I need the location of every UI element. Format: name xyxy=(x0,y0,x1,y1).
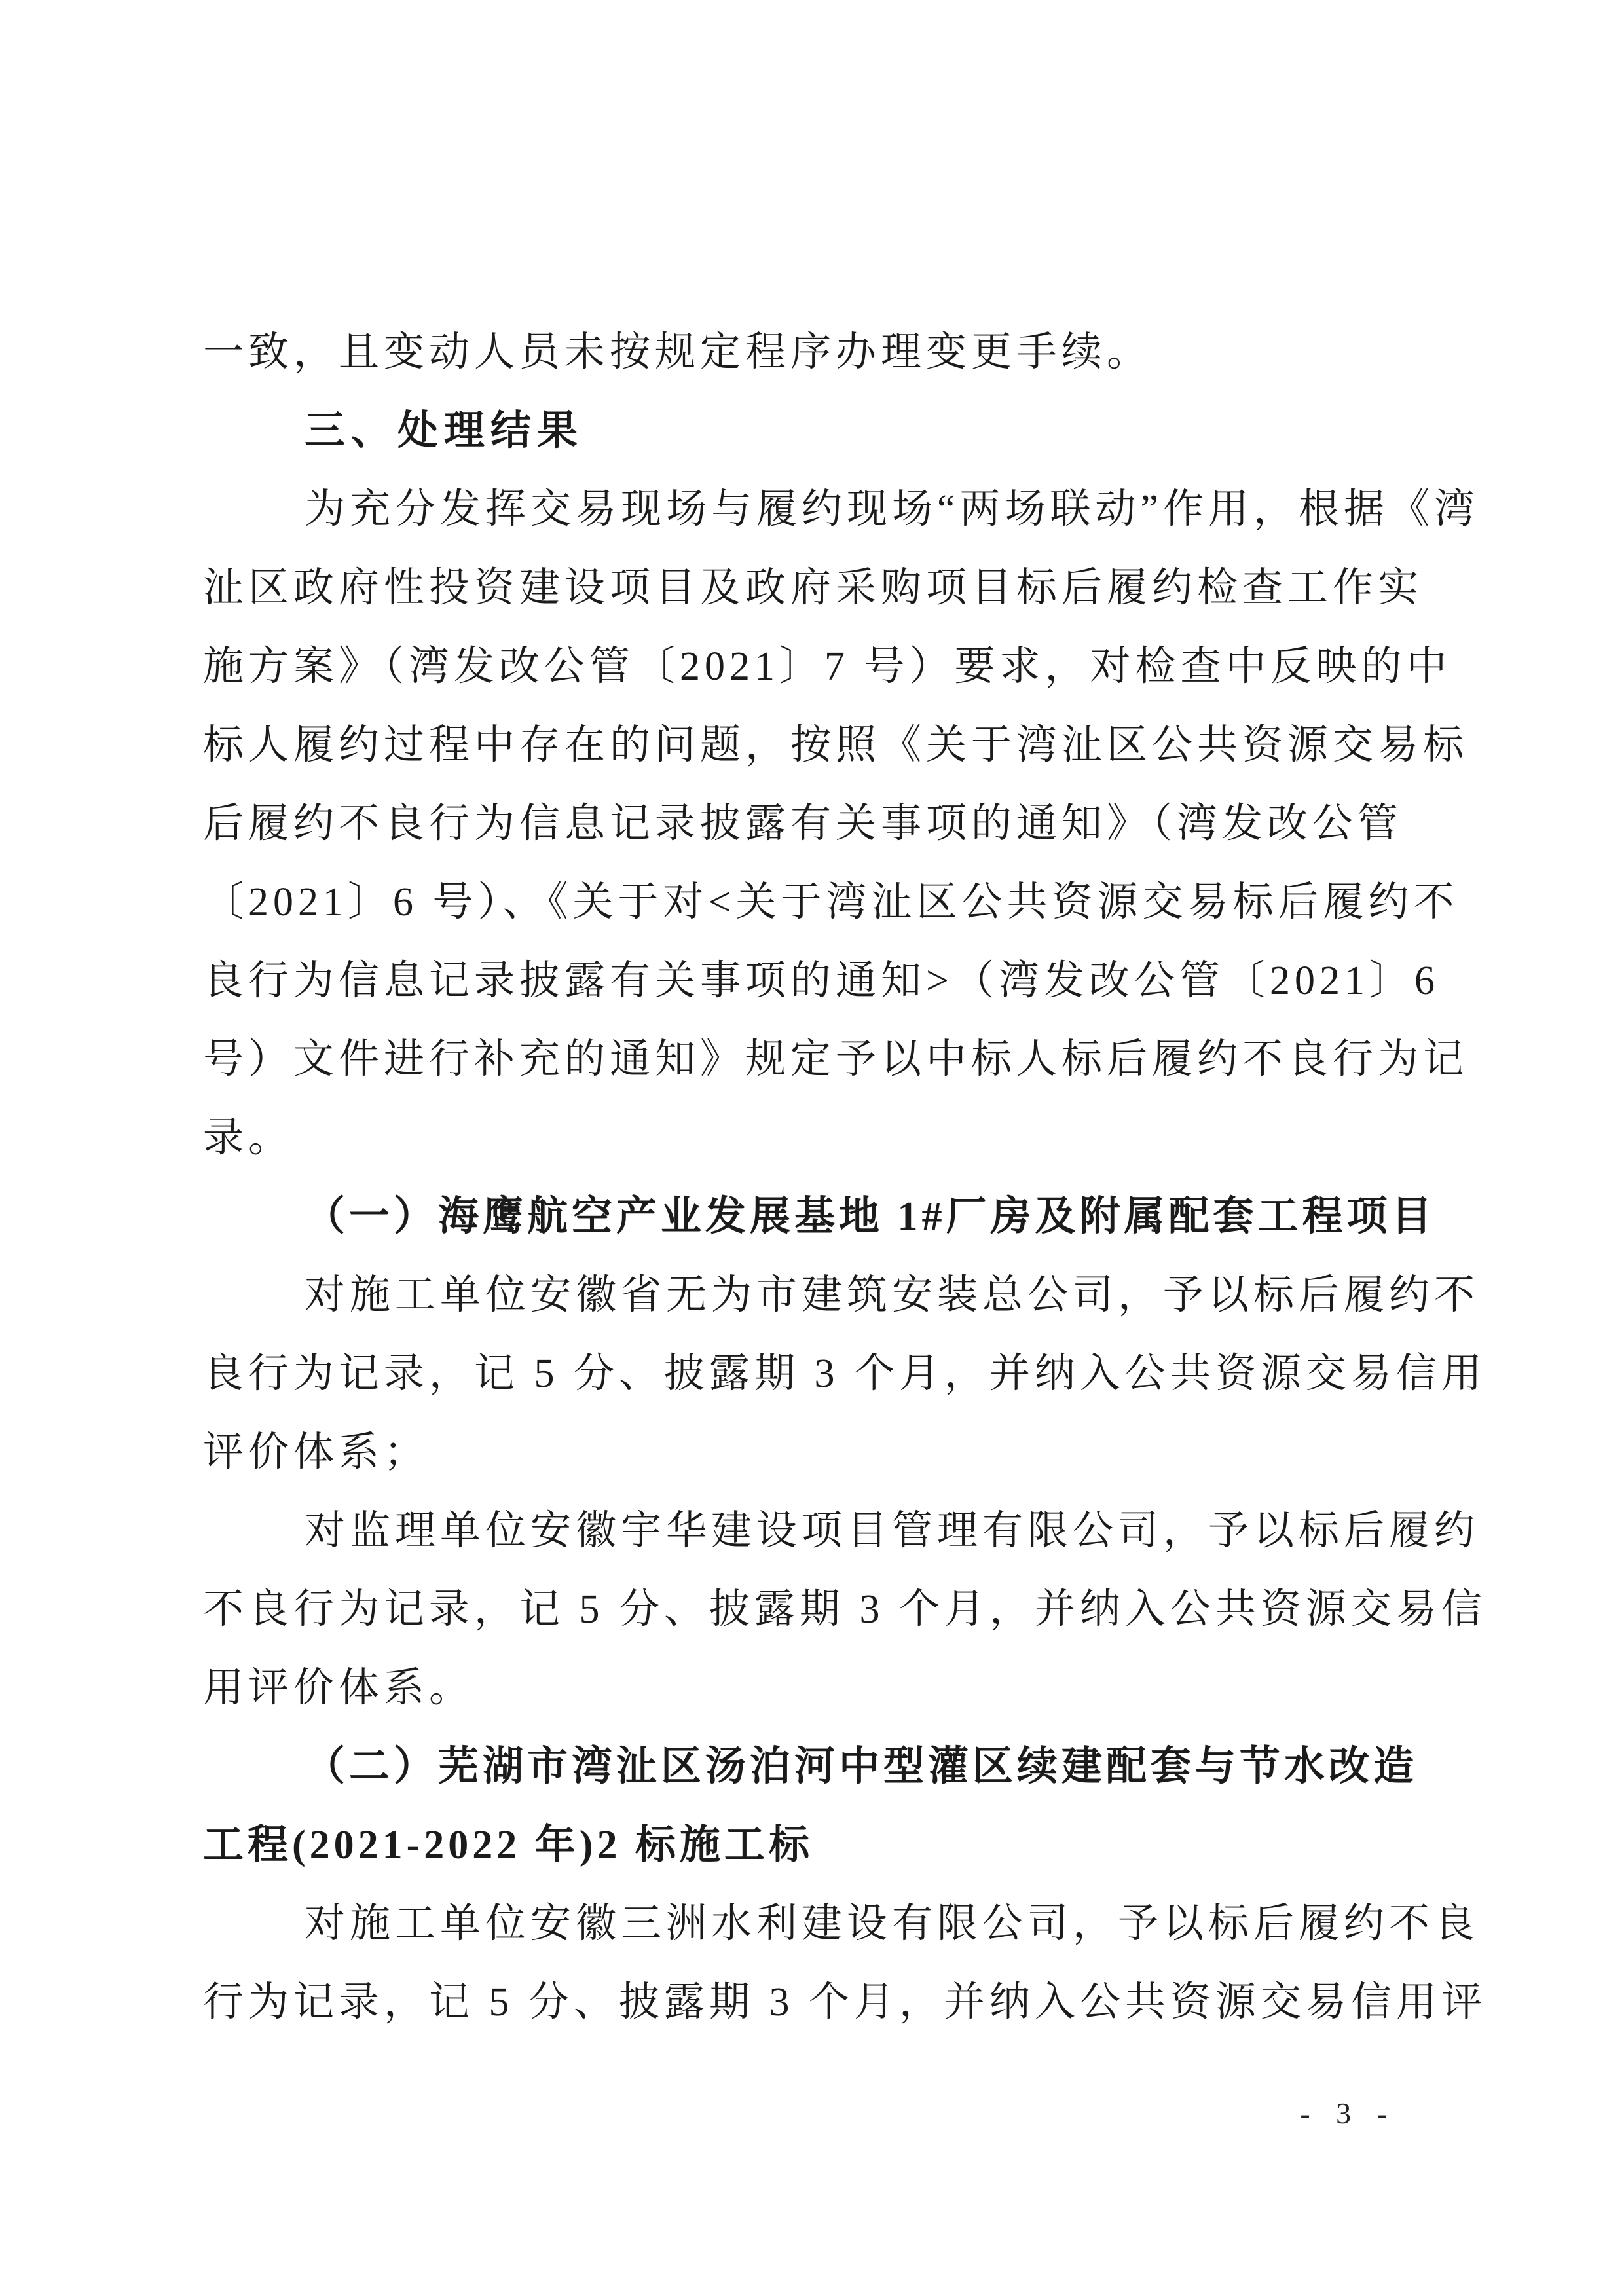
text-content: 一致，且变动人员未按规定程序办理变更手续。三、处理结果为充分发挥交易现场与履约现… xyxy=(203,313,1434,2042)
body-text-line: 录。 xyxy=(203,1099,1434,1177)
body-text-line: 施方案》（湾发改公管〔2021〕7 号）要求，对检查中反映的中 xyxy=(203,627,1434,706)
heading-line: 三、处理结果 xyxy=(203,392,1434,470)
body-text-line: 后履约不良行为信息记录披露有关事项的通知》（湾发改公管 xyxy=(203,784,1434,863)
body-text-line: 号）文件进行补充的通知》规定予以中标人标后履约不良行为记 xyxy=(203,1020,1434,1099)
body-text-line: 对施工单位安徽省无为市建筑安装总公司，予以标后履约不 xyxy=(203,1256,1434,1334)
section-heading-line: （一）海鹰航空产业发展基地 1#厂房及附属配套工程项目 xyxy=(203,1177,1434,1256)
body-text-line: 用评价体系。 xyxy=(203,1649,1434,1727)
body-text-line: 行为记录，记 5 分、披露期 3 个月，并纳入公共资源交易信用评 xyxy=(203,1963,1434,2042)
body-text-line: 对施工单位安徽三洲水利建设有限公司，予以标后履约不良 xyxy=(203,1884,1434,1963)
body-text-line: 一致，且变动人员未按规定程序办理变更手续。 xyxy=(203,313,1434,392)
body-text-line: 为充分发挥交易现场与履约现场“两场联动”作用，根据《湾 xyxy=(203,470,1434,549)
section-heading-line: （二）芜湖市湾沚区汤泊河中型灌区续建配套与节水改造 xyxy=(203,1727,1434,1806)
page-number: - 3 - xyxy=(1300,2087,1396,2140)
body-text-line: 不良行为记录，记 5 分、披露期 3 个月，并纳入公共资源交易信 xyxy=(203,1570,1434,1649)
body-text-line: 标人履约过程中存在的问题，按照《关于湾沚区公共资源交易标 xyxy=(203,706,1434,784)
body-text-line: 评价体系； xyxy=(203,1413,1434,1492)
body-text-line: 对监理单位安徽宇华建设项目管理有限公司，予以标后履约 xyxy=(203,1492,1434,1570)
body-text-line: 〔2021〕6 号）、《关于对<关于湾沚区公共资源交易标后履约不 xyxy=(203,863,1434,942)
section-heading-line: 工程(2021-2022 年)2 标施工标 xyxy=(203,1806,1434,1884)
body-text-line: 沚区政府性投资建设项目及政府采购项目标后履约检查工作实 xyxy=(203,549,1434,627)
body-text-line: 良行为信息记录披露有关事项的通知>（湾发改公管〔2021〕6 xyxy=(203,942,1434,1020)
document-page: 一致，且变动人员未按规定程序办理变更手续。三、处理结果为充分发挥交易现场与履约现… xyxy=(0,0,1624,2295)
body-text-line: 良行为记录，记 5 分、披露期 3 个月，并纳入公共资源交易信用 xyxy=(203,1334,1434,1413)
